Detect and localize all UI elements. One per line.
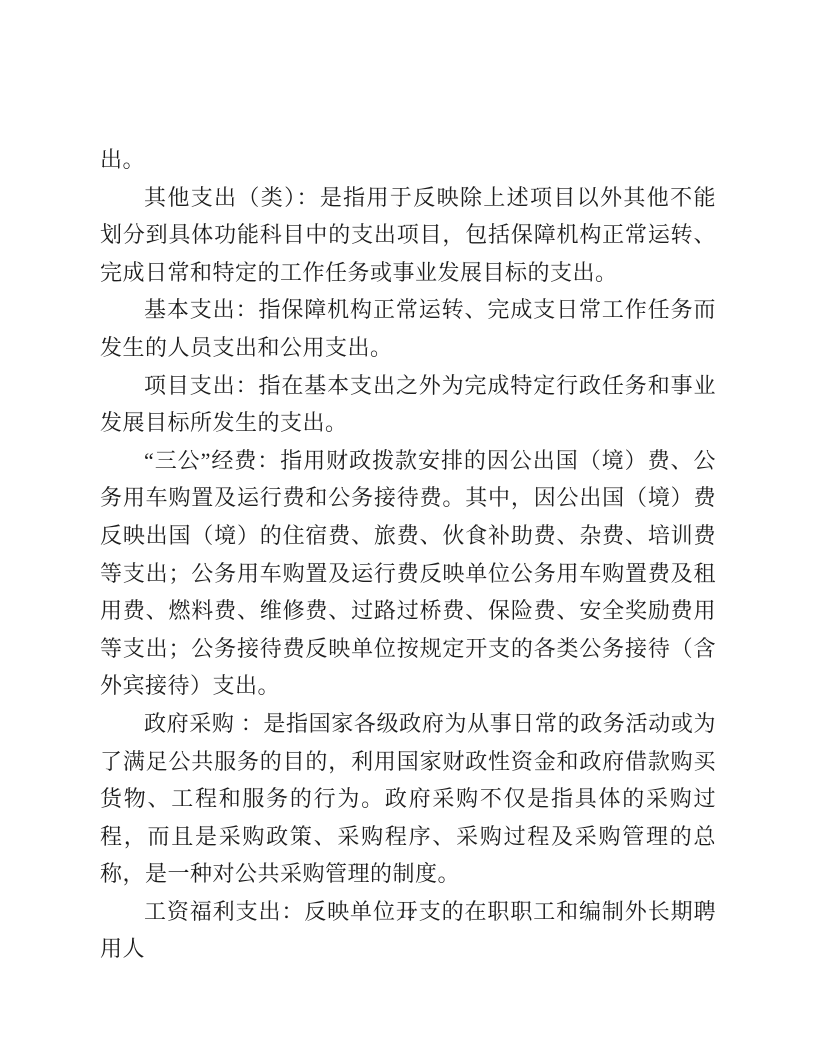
- paragraph-salary-welfare: 工资福利支出：反映单位开支的在职职工和编制外长期聘用人: [100, 893, 716, 968]
- paragraph-other-expenditure: 其他支出（类）：是指用于反映除上述项目以外其他不能划分到具体功能科目中的支出项目…: [100, 179, 716, 292]
- page-number: 12: [0, 906, 815, 923]
- paragraph-three-public-funds: “三公”经费：指用财政拨款安排的因公出国（境）费、公务用车购置及运行费和公务接待…: [100, 442, 716, 705]
- paragraph-continued: 出。: [100, 141, 716, 179]
- paragraph-project-expenditure: 项目支出：指在基本支出之外为完成特定行政任务和事业发展目标所发生的支出。: [100, 367, 716, 442]
- document-body: 出。 其他支出（类）：是指用于反映除上述项目以外其他不能划分到具体功能科目中的支…: [100, 141, 716, 968]
- paragraph-government-procurement: 政府采购 ：是指国家各级政府为从事日常的政务活动或为了满足公共服务的目的，利用国…: [100, 705, 716, 893]
- document-page: 出。 其他支出（类）：是指用于反映除上述项目以外其他不能划分到具体功能科目中的支…: [0, 0, 815, 1055]
- paragraph-basic-expenditure: 基本支出：指保障机构正常运转、完成支日常工作任务而发生的人员支出和公用支出。: [100, 291, 716, 366]
